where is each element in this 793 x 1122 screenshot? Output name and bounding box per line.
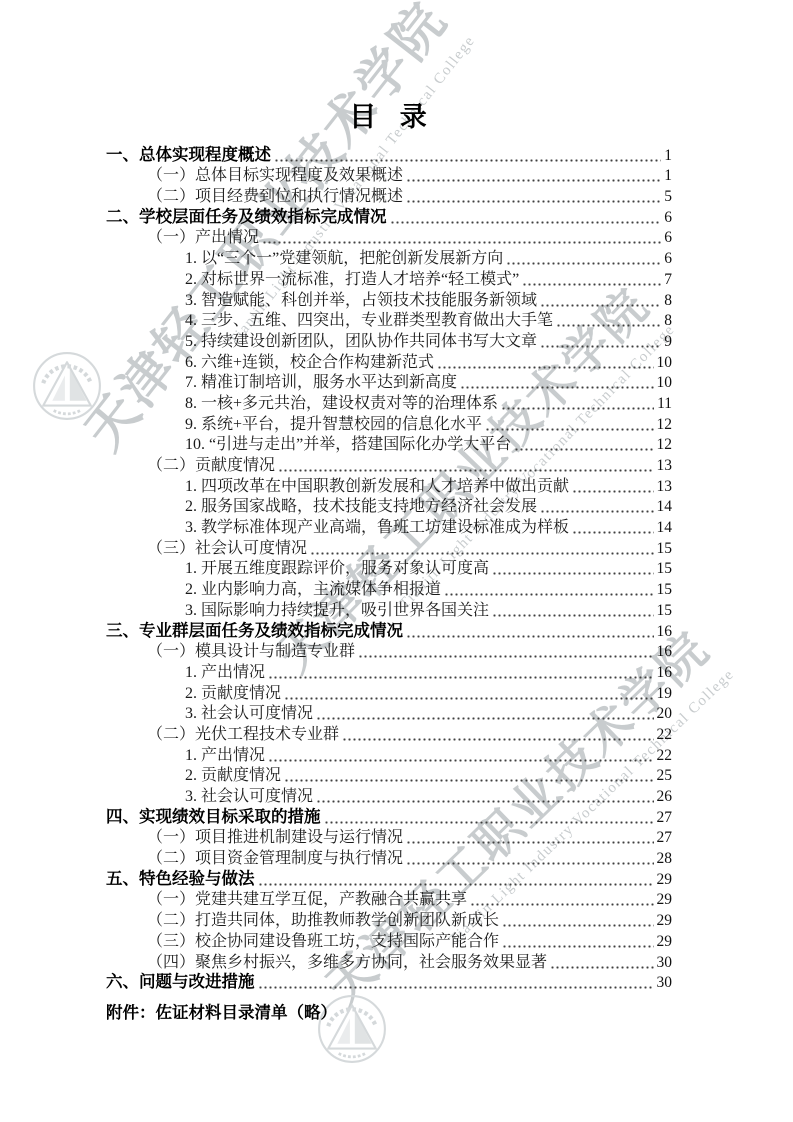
toc-page-number: 14 — [657, 519, 673, 537]
toc-entry-title: 3. 社会认可度情况 — [185, 700, 313, 723]
dot-leader — [406, 171, 661, 185]
toc-page-number: 15 — [657, 602, 673, 620]
dot-leader — [406, 192, 661, 206]
toc-entry-title: 2. 服务国家战略，技术技能支持地方经济社会发展 — [185, 493, 537, 516]
dot-leader — [437, 358, 653, 372]
dot-leader — [514, 440, 653, 454]
toc-page-number: 8 — [664, 312, 672, 330]
dot-leader — [258, 978, 654, 992]
toc-entry-title: （二）贡献度情况 — [147, 452, 275, 475]
toc-page-number: 12 — [657, 436, 673, 454]
toc-page-number: 10 — [657, 354, 673, 372]
toc-entry-title: 六、问题与改进措施 — [106, 968, 255, 992]
toc-entry-title: 9. 系统+平台，提升智慧校园的信息化水平 — [185, 411, 482, 434]
dot-leader — [492, 606, 653, 620]
toc-entry-title: （三）社会认可度情况 — [147, 535, 307, 558]
dot-leader — [268, 668, 653, 682]
toc-page-number: 27 — [657, 809, 673, 827]
toc-entry-title: 10. “引进与走出”并举，搭建国际化办学大平台 — [185, 431, 511, 454]
dot-leader — [406, 833, 653, 847]
toc-page-number: 30 — [657, 954, 673, 972]
dot-leader — [550, 958, 653, 972]
dot-leader — [342, 730, 653, 744]
dot-leader — [406, 627, 654, 641]
toc-page-number: 13 — [657, 478, 673, 496]
toc-page-number: 25 — [657, 767, 673, 785]
toc-page-number: 6 — [664, 209, 672, 227]
dot-leader — [390, 213, 662, 227]
toc-list: 一、总体实现程度概述1（一）总体目标实现程度及效果概述1（二）项目经费到位和执行… — [106, 144, 672, 992]
toc-page-number: 12 — [657, 416, 673, 434]
toc-entry-title: 二、学校层面任务及绩效指标完成情况 — [106, 203, 387, 227]
toc-page-number: 5 — [664, 188, 672, 206]
toc-page-number: 29 — [657, 912, 673, 930]
toc-entry-title: 1. 开展五维度跟踪评价，服务对象认可度高 — [185, 555, 489, 578]
toc-entry-title: （二）光伏工程技术专业群 — [147, 721, 339, 744]
dot-leader — [284, 689, 653, 703]
toc-entry-title: （一）党建共建互学互促，产教融合共赢共享 — [147, 886, 467, 909]
toc-page-number: 11 — [657, 395, 672, 413]
dot-leader — [540, 296, 661, 310]
toc-page-number: 19 — [657, 685, 673, 703]
toc-entry-title: 四、实现绩效目标采取的措施 — [106, 803, 321, 827]
dot-leader — [358, 647, 653, 661]
toc-page-number: 1 — [664, 167, 672, 185]
toc-page-number: 10 — [657, 374, 673, 392]
toc-page-number: 6 — [664, 229, 672, 247]
toc-entry-title: 5. 持续建设创新团队，团队协作共同体书写大文章 — [185, 328, 537, 351]
toc-page-number: 22 — [657, 747, 673, 765]
toc-page-number: 14 — [657, 498, 673, 516]
toc-entry-title: 1. 产出情况 — [185, 742, 265, 765]
toc-entry-title: 7. 精准订制培训，服务水平达到新高度 — [185, 369, 457, 392]
toc-page-number: 9 — [664, 333, 672, 351]
page-title: 目 录 — [106, 100, 672, 134]
toc-page-number: 16 — [657, 664, 673, 682]
toc-page-number: 15 — [657, 540, 673, 558]
toc-entry-title: 1. 四项改革在中国职教创新发展和人才培养中做出贡献 — [185, 473, 569, 496]
toc-page-number: 29 — [657, 891, 673, 909]
toc-entry-title: 2. 对标世界一流标准，打造人才培养“轻工模式” — [185, 266, 519, 289]
toc-page-number: 1 — [664, 147, 672, 165]
toc-entry-title: 2. 贡献度情况 — [185, 762, 281, 785]
toc-page-number: 30 — [657, 974, 673, 992]
toc-entry-title: 一、总体实现程度概述 — [106, 141, 271, 165]
toc-entry-title: 五、特色经验与做法 — [106, 865, 255, 889]
toc-page-number: 13 — [657, 457, 673, 475]
toc-page-number: 27 — [657, 829, 673, 847]
toc-page-number: 6 — [664, 250, 672, 268]
dot-leader — [572, 523, 653, 537]
toc-entry-title: 1. 产出情况 — [185, 659, 265, 682]
toc-entry-title: 3. 智造赋能、科创并举，占领技术技能服务新领域 — [185, 287, 537, 310]
toc-entry-title: （一）产出情况 — [147, 224, 259, 247]
dot-leader — [316, 709, 653, 723]
toc-entry-title: 2. 业内影响力高，主流媒体争相报道 — [185, 576, 441, 599]
dot-leader — [501, 399, 654, 413]
toc-page-number: 7 — [664, 271, 672, 289]
toc-page-number: 15 — [657, 560, 673, 578]
dot-leader — [316, 792, 653, 806]
toc-entry-title: （一）项目推进机制建设与运行情况 — [147, 824, 403, 847]
toc-entry-title: 1. 以“三个一”党建领航，把舵创新发展新方向 — [185, 245, 503, 268]
toc-entry-title: （一）模具设计与制造专业群 — [147, 638, 355, 661]
toc-entry-title: 2. 贡献度情况 — [185, 680, 281, 703]
dot-leader — [506, 254, 661, 268]
dot-leader — [556, 316, 661, 330]
dot-leader — [502, 916, 653, 930]
toc-page-number: 15 — [657, 581, 673, 599]
toc-content: 目 录 一、总体实现程度概述1（一）总体目标实现程度及效果概述1（二）项目经费到… — [106, 100, 672, 1023]
toc-entry-title: 4. 三步、五维、四突出，专业群类型教育做出大手笔 — [185, 307, 553, 330]
toc-entry-title: （二）打造共同体，助推教师教学创新团队新成长 — [147, 907, 499, 930]
dot-leader — [268, 751, 653, 765]
dot-leader — [492, 564, 653, 578]
dot-leader — [540, 337, 661, 351]
toc-page-number: 29 — [657, 871, 673, 889]
toc-page-number: 20 — [657, 705, 673, 723]
toc-entry-title: 6. 六维+连锁，校企合作构建新范式 — [185, 349, 434, 372]
toc-page-number: 8 — [664, 292, 672, 310]
toc-entry-title: 三、专业群层面任务及绩效指标完成情况 — [106, 617, 403, 641]
document-page: 天津轻工职业技术学院 Tianjin Light Industry Vocati… — [0, 0, 793, 1122]
dot-leader — [572, 482, 653, 496]
toc-entry-title: （三）校企协同建设鲁班工坊，支持国际产能合作 — [147, 928, 499, 951]
toc-entry-title: 8. 一核+多元共治，建设权责对等的治理体系 — [185, 390, 498, 413]
toc-page-number: 26 — [657, 788, 673, 806]
dot-leader — [406, 854, 653, 868]
toc-page-number: 22 — [657, 726, 673, 744]
toc-entry: 六、问题与改进措施30 — [106, 972, 672, 993]
dot-leader — [284, 771, 653, 785]
toc-entry-title: （一）总体目标实现程度及效果概述 — [147, 162, 403, 185]
toc-page-number: 29 — [657, 933, 673, 951]
toc-page-number: 28 — [657, 850, 673, 868]
toc-page-number: 16 — [657, 623, 673, 641]
college-seal-watermark — [32, 351, 102, 421]
appendix-note: 附件：佐证材料目录清单（略） — [106, 999, 672, 1023]
toc-entry-title: 3. 教学标准体现产业高端，鲁班工坊建设标准成为样板 — [185, 514, 569, 537]
dot-leader — [522, 275, 661, 289]
toc-page-number: 16 — [657, 643, 673, 661]
